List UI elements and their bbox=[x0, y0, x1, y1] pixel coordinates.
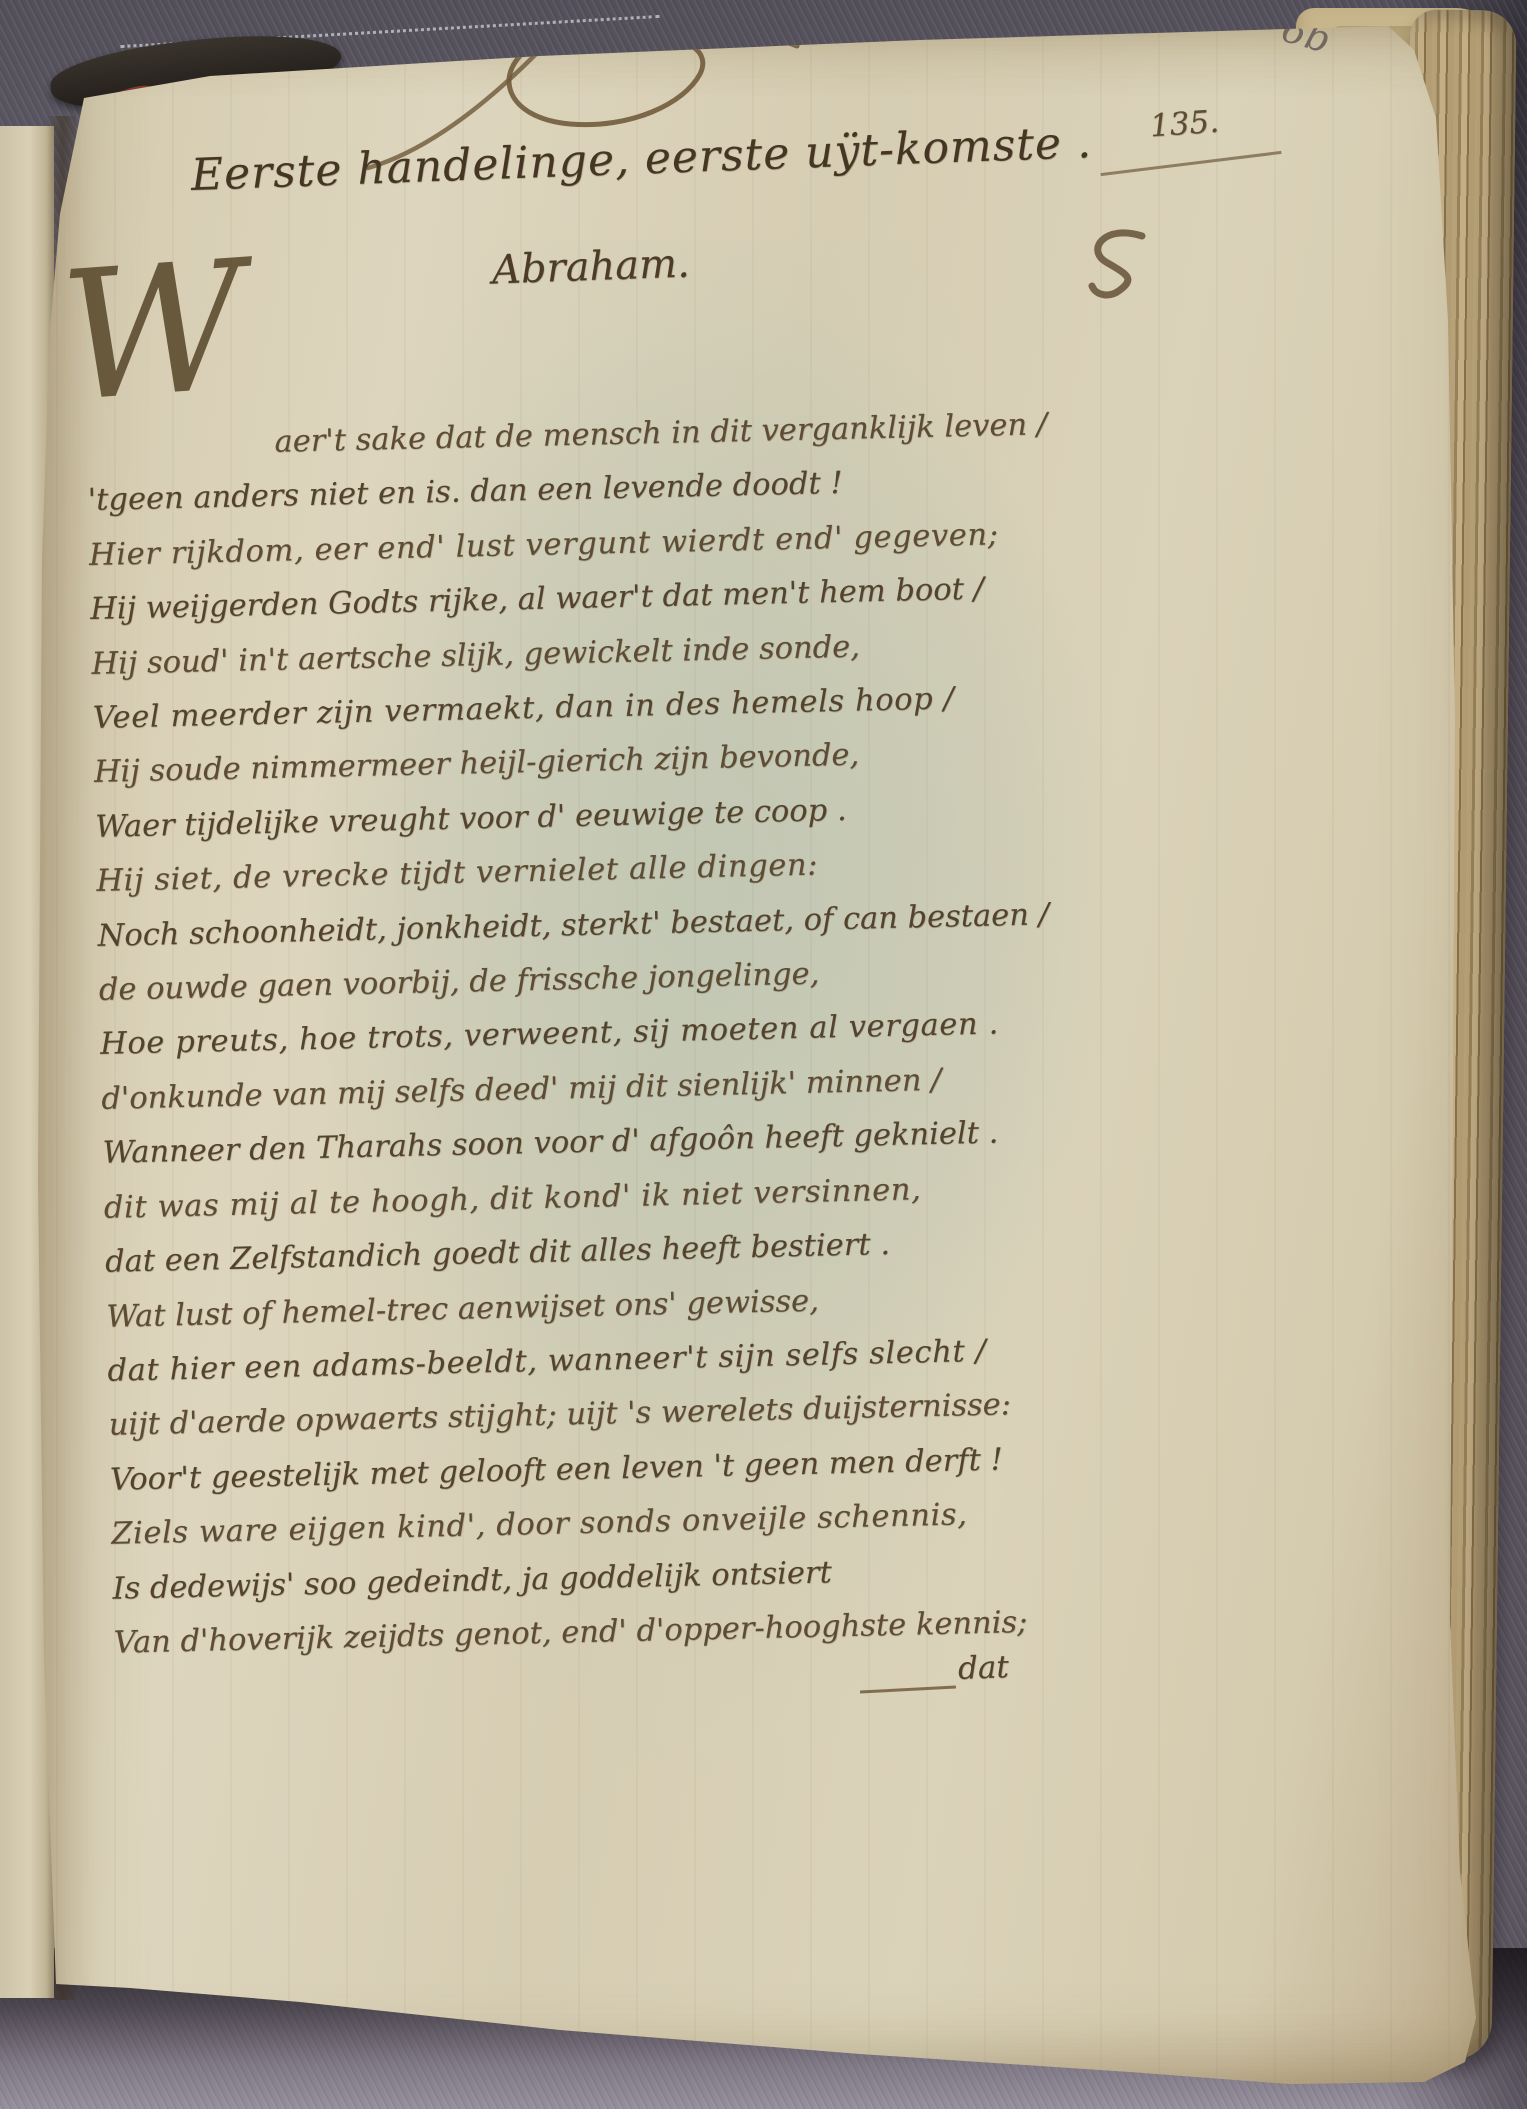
catchword-swash bbox=[860, 1685, 956, 1693]
catchword: dat bbox=[957, 1649, 1009, 1687]
ink-squiggle-mark bbox=[1076, 224, 1176, 310]
verse-block: aer't sake dat de mensch in dit vergankl… bbox=[86, 395, 1194, 1671]
manuscript-page: 6b 135. Eerste handelinge, eerste uÿt-ko… bbox=[0, 0, 1527, 2109]
speaker-name: Abraham. bbox=[491, 241, 690, 294]
manuscript-photo: 6b 135. Eerste handelinge, eerste uÿt-ko… bbox=[0, 0, 1527, 2109]
page-number-underline bbox=[1100, 151, 1281, 176]
page-number: 135. bbox=[1149, 104, 1220, 145]
decorated-initial: W bbox=[57, 246, 251, 419]
